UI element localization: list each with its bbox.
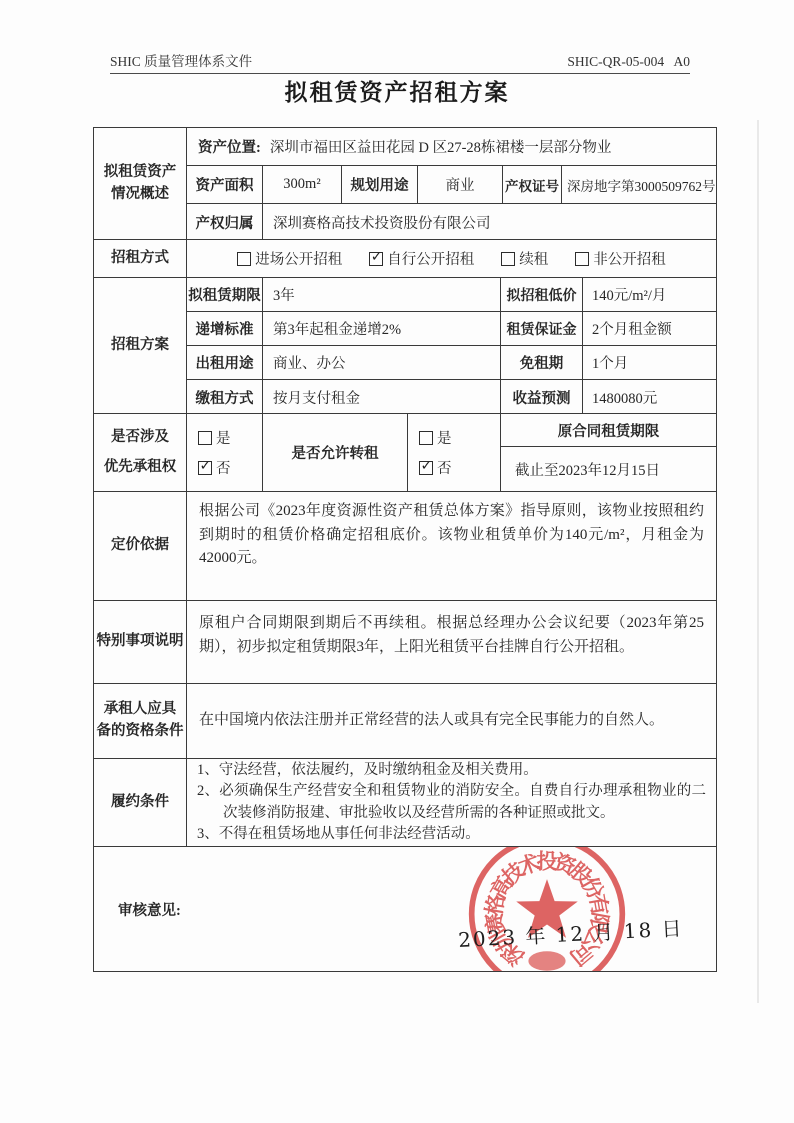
option-non-public: 非公开招租 (575, 248, 666, 269)
property-cert-value: 深房地字第3000509762号 (562, 166, 716, 203)
original-contract-header: 原合同租赁期限 (501, 414, 716, 446)
checkbox-unchecked-icon (419, 431, 433, 445)
plan-revenue-label: 收益预测 (501, 380, 583, 414)
svg-text:高: 高 (485, 872, 517, 903)
plan-min-price-label: 拟招租低价 (501, 278, 583, 311)
main-table: 拟租赁资产 情况概述 资产位置: 深圳市福田区益田花园 D 区27-28栋裙楼一… (93, 127, 717, 972)
document-code: SHIC-QR-05-004 A0 (567, 54, 690, 70)
row-special-notes: 特别事项说明 原租户合同期限到期后不再续租。根据总经理办公会议纪要（2023年第… (94, 601, 716, 684)
section-label-leasing-method: 招租方式 (94, 240, 187, 277)
row-ownership: 产权归属 深圳赛格高技术投资股份有限公司 (187, 204, 716, 240)
section-label-special-notes: 特别事项说明 (94, 601, 187, 683)
special-notes-text: 原租户合同期限到期后不再续租。根据总经理办公会议纪要（2023年第25期），初步… (187, 601, 716, 665)
checkbox-checked-icon (369, 252, 383, 266)
pricing-basis-text: 根据公司《2023年度资源性资产租赁总体方案》指导原则，该物业按照租约到期时的租… (187, 492, 716, 577)
performance-conditions-cell: 1、守法经营，依法履约，及时缴纳租金及相关费用。 2、必须确保生产经营安全和租赁… (187, 759, 716, 846)
svg-text:赛: 赛 (481, 910, 509, 936)
option-label: 非公开招租 (593, 248, 666, 269)
svg-text:股: 股 (565, 858, 597, 891)
pricing-basis-cell: 根据公司《2023年度资源性资产租赁总体方案》指导原则，该物业按照租约到期时的租… (187, 492, 716, 600)
original-contract-header-row: 原合同租赁期限 (501, 414, 716, 447)
option-label: 续租 (519, 248, 548, 269)
property-cert-label: 产权证号 (503, 166, 562, 203)
sublease-checkboxes: 是 否 (408, 414, 501, 491)
plan-row-term: 拟租赁期限 3年 拟招租低价 140元/m²/月 (187, 278, 716, 312)
plan-rent-free-label: 免租期 (501, 346, 583, 379)
plan-term-label: 拟租赁期限 (187, 278, 263, 311)
company-seal: 深圳赛格高技术投资股份有限公司 2023 年 12 月 18 日 (466, 847, 628, 971)
handwritten-date: 2023 年 12 月 18 日 (457, 914, 648, 953)
review-opinion-cell: 审核意见: 深圳赛格高技术投资股份有限公司 2023 年 12 月 18 日 (94, 847, 716, 971)
section-label-tenant-qualification: 承租人应具 备的资格条件 (94, 684, 187, 758)
plan-payment-label: 缴租方式 (187, 380, 263, 414)
option-label: 进场公开招租 (255, 248, 342, 269)
row-tenant-qualification: 承租人应具 备的资格条件 在中国境内依法注册并正常经营的法人或具有完全民事能力的… (94, 684, 716, 759)
plan-rent-free-value: 1个月 (583, 346, 716, 379)
plan-payment-value: 按月支付租金 (263, 380, 501, 414)
svg-text:投: 投 (536, 849, 557, 874)
plan-row-increase: 递增标准 第3年起租金递增2% 租赁保证金 2个月租金额 (187, 312, 716, 346)
priority-yes-option: 是 (198, 427, 231, 448)
leasing-method-options: 进场公开招租 自行公开招租 续租 非公开招租 (187, 240, 716, 277)
checkbox-checked-icon (419, 461, 433, 475)
checkbox-unchecked-icon (501, 252, 515, 266)
checkbox-checked-icon (198, 461, 212, 475)
priority-no-option: 否 (198, 457, 231, 478)
svg-text:格: 格 (481, 892, 509, 917)
priority-right-checkboxes: 是 否 (187, 414, 263, 491)
row-overview: 拟租赁资产 情况概述 资产位置: 深圳市福田区益田花园 D 区27-28栋裙楼一… (94, 128, 716, 240)
performance-item-3: 3、不得在租赁场地从事任何非法经营活动。 (197, 824, 706, 845)
row-pricing-basis: 定价依据 根据公司《2023年度资源性资产租赁总体方案》指导原则，该物业按照租约… (94, 492, 716, 601)
svg-text:资: 资 (551, 849, 580, 880)
row-priority-right: 是否涉及 优先承租权 是 否 是否允许转租 是 否 原合同租赁期限 截止至202… (94, 414, 716, 492)
section-label-leasing-plan: 招租方案 (94, 278, 187, 413)
original-contract-value-row: 截止至2023年12月15日 (501, 447, 716, 491)
option-label: 否 (216, 457, 231, 478)
option-renewal: 续租 (501, 248, 548, 269)
plan-increase-value: 第3年起租金递增2% (263, 312, 501, 345)
option-self-public-bidding: 自行公开招租 (369, 248, 474, 269)
page-title: 拟租赁资产招租方案 (0, 74, 794, 107)
tenant-qualification-cell: 在中国境内依法注册并正常经营的法人或具有完全民事能力的自然人。 (187, 684, 716, 758)
svg-text:术: 术 (514, 849, 543, 880)
special-notes-cell: 原租户合同期限到期后不再续租。根据总经理办公会议纪要（2023年第25期），初步… (187, 601, 716, 683)
performance-item-1: 1、守法经营，依法履约，及时缴纳租金及相关费用。 (197, 760, 706, 781)
svg-text:司: 司 (565, 938, 597, 970)
sublease-yes-option: 是 (419, 427, 452, 448)
plan-term-value: 3年 (263, 278, 501, 311)
asset-area-value: 300m² (263, 166, 342, 203)
leasing-plan-subgrid: 拟租赁期限 3年 拟招租低价 140元/m²/月 递增标准 第3年起租金递增2%… (187, 278, 716, 413)
svg-text:圳: 圳 (486, 925, 517, 955)
seal-star-icon (516, 879, 578, 938)
option-label: 自行公开招租 (387, 248, 474, 269)
document-header: SHIC 质量管理体系文件 SHIC-QR-05-004 A0 (110, 50, 690, 74)
performance-item-2: 2、必须确保生产经营安全和租赁物业的消防安全。自费自行办理承租物业的二次装修消防… (197, 781, 706, 823)
ownership-value: 深圳赛格高技术投资股份有限公司 (263, 204, 716, 240)
svg-text:深: 深 (498, 938, 530, 970)
checkbox-unchecked-icon (575, 252, 589, 266)
option-label: 是 (216, 427, 231, 448)
checkbox-unchecked-icon (198, 431, 212, 445)
plan-min-price-value: 140元/m²/月 (583, 278, 716, 311)
sublease-label: 是否允许转租 (263, 414, 408, 491)
plan-deposit-value: 2个月租金额 (583, 312, 716, 345)
scan-edge-artifact (757, 120, 759, 1003)
asset-location-label: 资产位置: (198, 136, 261, 157)
plan-row-payment: 缴租方式 按月支付租金 收益预测 1480080元 (187, 380, 716, 414)
overview-subgrid: 资产位置: 深圳市福田区益田花园 D 区27-28栋裙楼一层部分物业 资产面积 … (187, 128, 716, 239)
plan-use-label: 出租用途 (187, 346, 263, 379)
row-performance-conditions: 履约条件 1、守法经营，依法履约，及时缴纳租金及相关费用。 2、必须确保生产经营… (94, 759, 716, 847)
section-label-performance: 履约条件 (94, 759, 187, 846)
svg-text:技: 技 (497, 857, 529, 890)
option-public-market-bidding: 进场公开招租 (237, 248, 342, 269)
asset-location-value: 深圳市福田区益田花园 D 区27-28栋裙楼一层部分物业 (270, 136, 612, 157)
seal-company-text: 深圳赛格高技术投资股份有限公司 (481, 849, 614, 970)
plan-increase-label: 递增标准 (187, 312, 263, 345)
row-leasing-plan: 招租方案 拟租赁期限 3年 拟招租低价 140元/m²/月 递增标准 第3年起租… (94, 278, 716, 414)
section-label-priority-right: 是否涉及 优先承租权 (94, 414, 187, 491)
section-label-overview: 拟租赁资产 情况概述 (94, 128, 187, 239)
original-contract-value: 截止至2023年12月15日 (501, 447, 716, 491)
checkbox-unchecked-icon (237, 252, 251, 266)
row-leasing-method: 招租方式 进场公开招租 自行公开招租 续租 非公开招租 (94, 240, 716, 278)
row-asset-location: 资产位置: 深圳市福田区益田花园 D 区27-28栋裙楼一层部分物业 (187, 128, 716, 166)
svg-text:公: 公 (576, 925, 608, 956)
svg-text:限: 限 (585, 911, 612, 936)
plan-deposit-label: 租赁保证金 (501, 312, 583, 345)
review-opinion-label: 审核意见: (118, 899, 181, 920)
svg-text:份: 份 (577, 872, 609, 903)
section-label-pricing-basis: 定价依据 (94, 492, 187, 600)
asset-area-label: 资产面积 (187, 166, 263, 203)
seal-anti-counterfeit-mark (528, 951, 565, 970)
option-label: 是 (437, 427, 452, 448)
document-page: SHIC 质量管理体系文件 SHIC-QR-05-004 A0 拟租赁资产招租方… (0, 0, 794, 1123)
option-label: 否 (437, 457, 452, 478)
seal-ring (472, 847, 623, 971)
planning-use-value: 商业 (418, 166, 503, 203)
original-contract-subgrid: 原合同租赁期限 截止至2023年12月15日 (501, 414, 716, 491)
planning-use-label: 规划用途 (342, 166, 418, 203)
plan-row-use: 出租用途 商业、办公 免租期 1个月 (187, 346, 716, 380)
plan-use-value: 商业、办公 (263, 346, 501, 379)
ownership-label: 产权归属 (187, 204, 263, 240)
tenant-qualification-text: 在中国境内依法注册并正常经营的法人或具有完全民事能力的自然人。 (187, 709, 676, 733)
row-asset-attributes: 资产面积 300m² 规划用途 商业 产权证号 深房地字第3000509762号 (187, 166, 716, 204)
sublease-no-option: 否 (419, 457, 452, 478)
plan-revenue-value: 1480080元 (583, 380, 716, 414)
svg-text:有: 有 (585, 892, 613, 917)
row-review-opinion: 审核意见: 深圳赛格高技术投资股份有限公司 2023 年 12 月 18 日 (94, 847, 716, 971)
header-system-label: SHIC 质量管理体系文件 (110, 50, 252, 70)
